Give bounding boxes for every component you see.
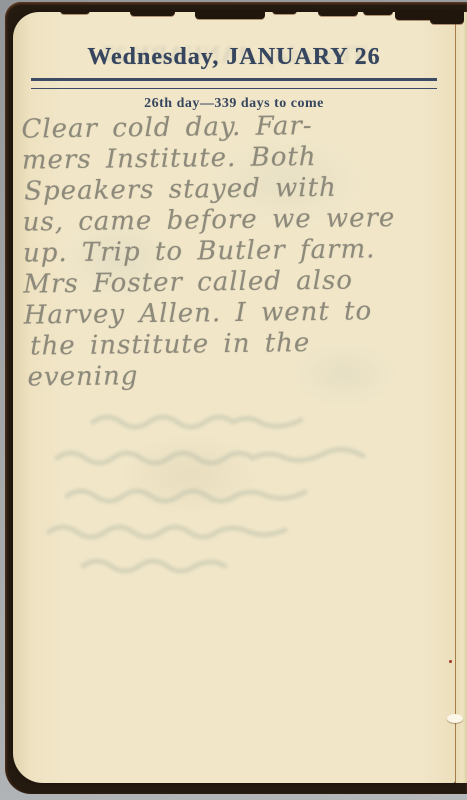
page-title: Wednesday, JANUARY 26 (13, 44, 455, 71)
entry-line: Speakers stayed with (22, 171, 446, 207)
journal-entry: Clear cold day. Far- mers Institute. Bot… (21, 109, 448, 393)
entry-line: Clear cold day. Far- (21, 109, 445, 145)
entry-line: the institute in the (24, 326, 448, 362)
paper-tear (447, 714, 463, 723)
diary-scan: Thursday, JANUARY 27 Wednesday, JANUARY … (0, 0, 467, 800)
red-speck (449, 660, 452, 663)
entry-line: Mrs Foster called also (23, 264, 447, 300)
entry-line: up. Trip to Butler farm. (23, 233, 447, 269)
entry-line: mers Institute. Both (22, 140, 446, 176)
torn-edge (0, 10, 467, 28)
entry-line: Harvey Allen. I went to (24, 295, 448, 331)
entry-line: us, came before we were (22, 202, 446, 238)
diary-page: Thursday, JANUARY 27 Wednesday, JANUARY … (13, 12, 455, 783)
double-rule (31, 78, 437, 89)
bleedthrough-handwriting (23, 400, 447, 590)
next-page-edge (455, 12, 467, 783)
entry-line: evening (24, 357, 448, 393)
